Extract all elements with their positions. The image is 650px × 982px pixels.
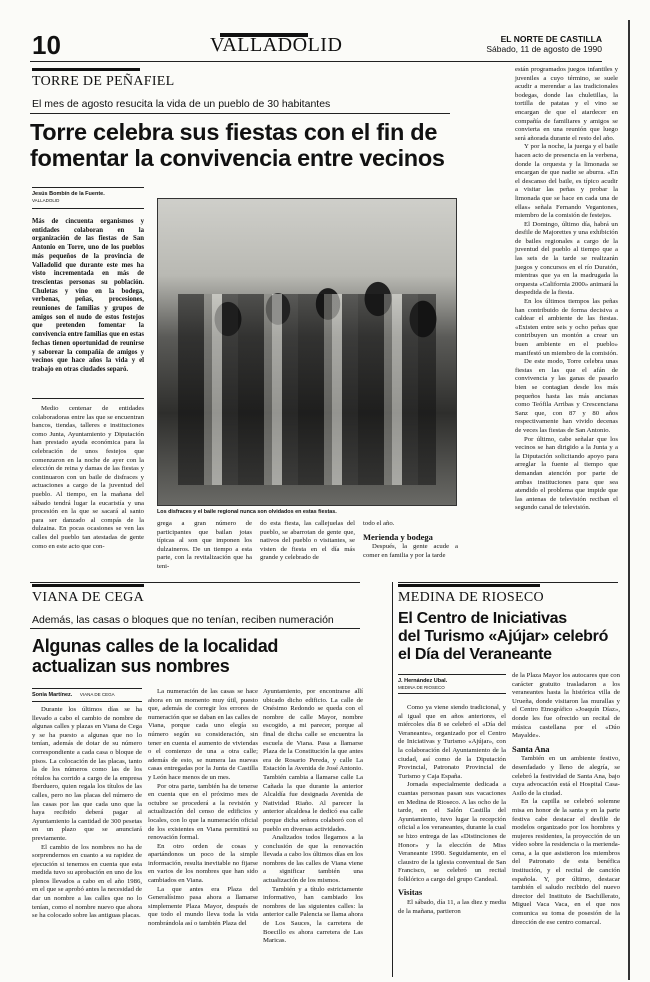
article2-byline: Sonia Martínez. VIANA DE CEGA: [32, 692, 115, 698]
article2-col1: Durante los últimos días se ha llevado a…: [32, 706, 142, 921]
byline-rule-bottom: [32, 701, 142, 702]
masthead: EL NORTE DE CASTILLA Sábado, 11 de agost…: [486, 34, 602, 54]
byline-rule-bottom: [32, 208, 144, 209]
subhead-merienda: Merienda y bodega: [363, 533, 458, 542]
article2-col3: Ayuntamiento, por encontrarse allí ubica…: [263, 688, 363, 946]
festival-photo: [157, 198, 457, 506]
section-divider-right: [398, 582, 618, 583]
article1-col1: Medio centenar de entidades colaboradora…: [32, 405, 144, 551]
article3-col1: Como ya viene siendo tradicional, y al i…: [398, 704, 506, 916]
section-divider-left: [30, 582, 360, 583]
page-edge: [628, 20, 630, 980]
byline-rule-top: [32, 187, 144, 188]
publication-date: Sábado, 11 de agosto de 1990: [486, 44, 602, 54]
byline-rule-top: [32, 688, 142, 689]
article3-col2: de la Plaza Mayor los autocares que con …: [512, 672, 620, 927]
lead-rule: [32, 398, 144, 399]
byline-rule-top: [398, 674, 506, 675]
article3-headline: El Centro de Iniciativas del Turismo «Aj…: [398, 610, 628, 664]
article1-col2: grega a gran número de participantes que…: [157, 520, 252, 572]
header-rule: [30, 61, 602, 62]
section-title: VALLADOLID: [210, 34, 342, 57]
article3-byline: J. Hernández Ubal. MEDINA DE RIOSECO: [398, 678, 447, 690]
article1-byline: Jesús Bombín de la Fuente. VALLADOLID: [32, 191, 105, 203]
article2-deck: Además, las casas o bloques que no tenía…: [32, 614, 334, 626]
byline-rule-bottom: [398, 693, 506, 694]
article1-headline: Torre celebra sus fiestas con el fin de …: [30, 119, 470, 172]
article1-col4: todo el año. Merienda y bodega Después, …: [363, 520, 458, 560]
page-number: 10: [32, 30, 61, 61]
kicker-bar: [32, 584, 144, 587]
article2-col2: La numeración de las casas se hace ahora…: [148, 688, 258, 929]
article1-col3: do esta fiesta, las callejuelas del pueb…: [260, 520, 355, 563]
deck-rule: [30, 113, 450, 114]
photo-caption: Los disfraces y el baile regional nunca …: [157, 509, 457, 515]
article2-kicker: VIANA DE CEGA: [32, 590, 144, 606]
newspaper-name: EL NORTE DE CASTILLA: [486, 34, 602, 44]
article2-headline: Algunas calles de la localidad actualiza…: [32, 636, 352, 676]
article3-kicker: MEDINA DE RIOSECO: [398, 590, 544, 606]
subhead-visitas: Visitas: [398, 888, 506, 897]
article1-lead: Más de cincuenta organismos y entidades …: [32, 218, 144, 375]
kicker-bar: [32, 68, 140, 71]
kicker-bar: [398, 584, 540, 587]
article1-kicker: TORRE DE PEÑAFIEL: [32, 74, 175, 90]
article1-col5: están programados juegos infantiles y ju…: [515, 66, 618, 513]
column-divider: [392, 582, 393, 977]
article1-deck: El mes de agosto resucita la vida de un …: [32, 98, 330, 110]
subhead-santa-ana: Santa Ana: [512, 745, 620, 754]
deck-rule: [30, 628, 360, 629]
